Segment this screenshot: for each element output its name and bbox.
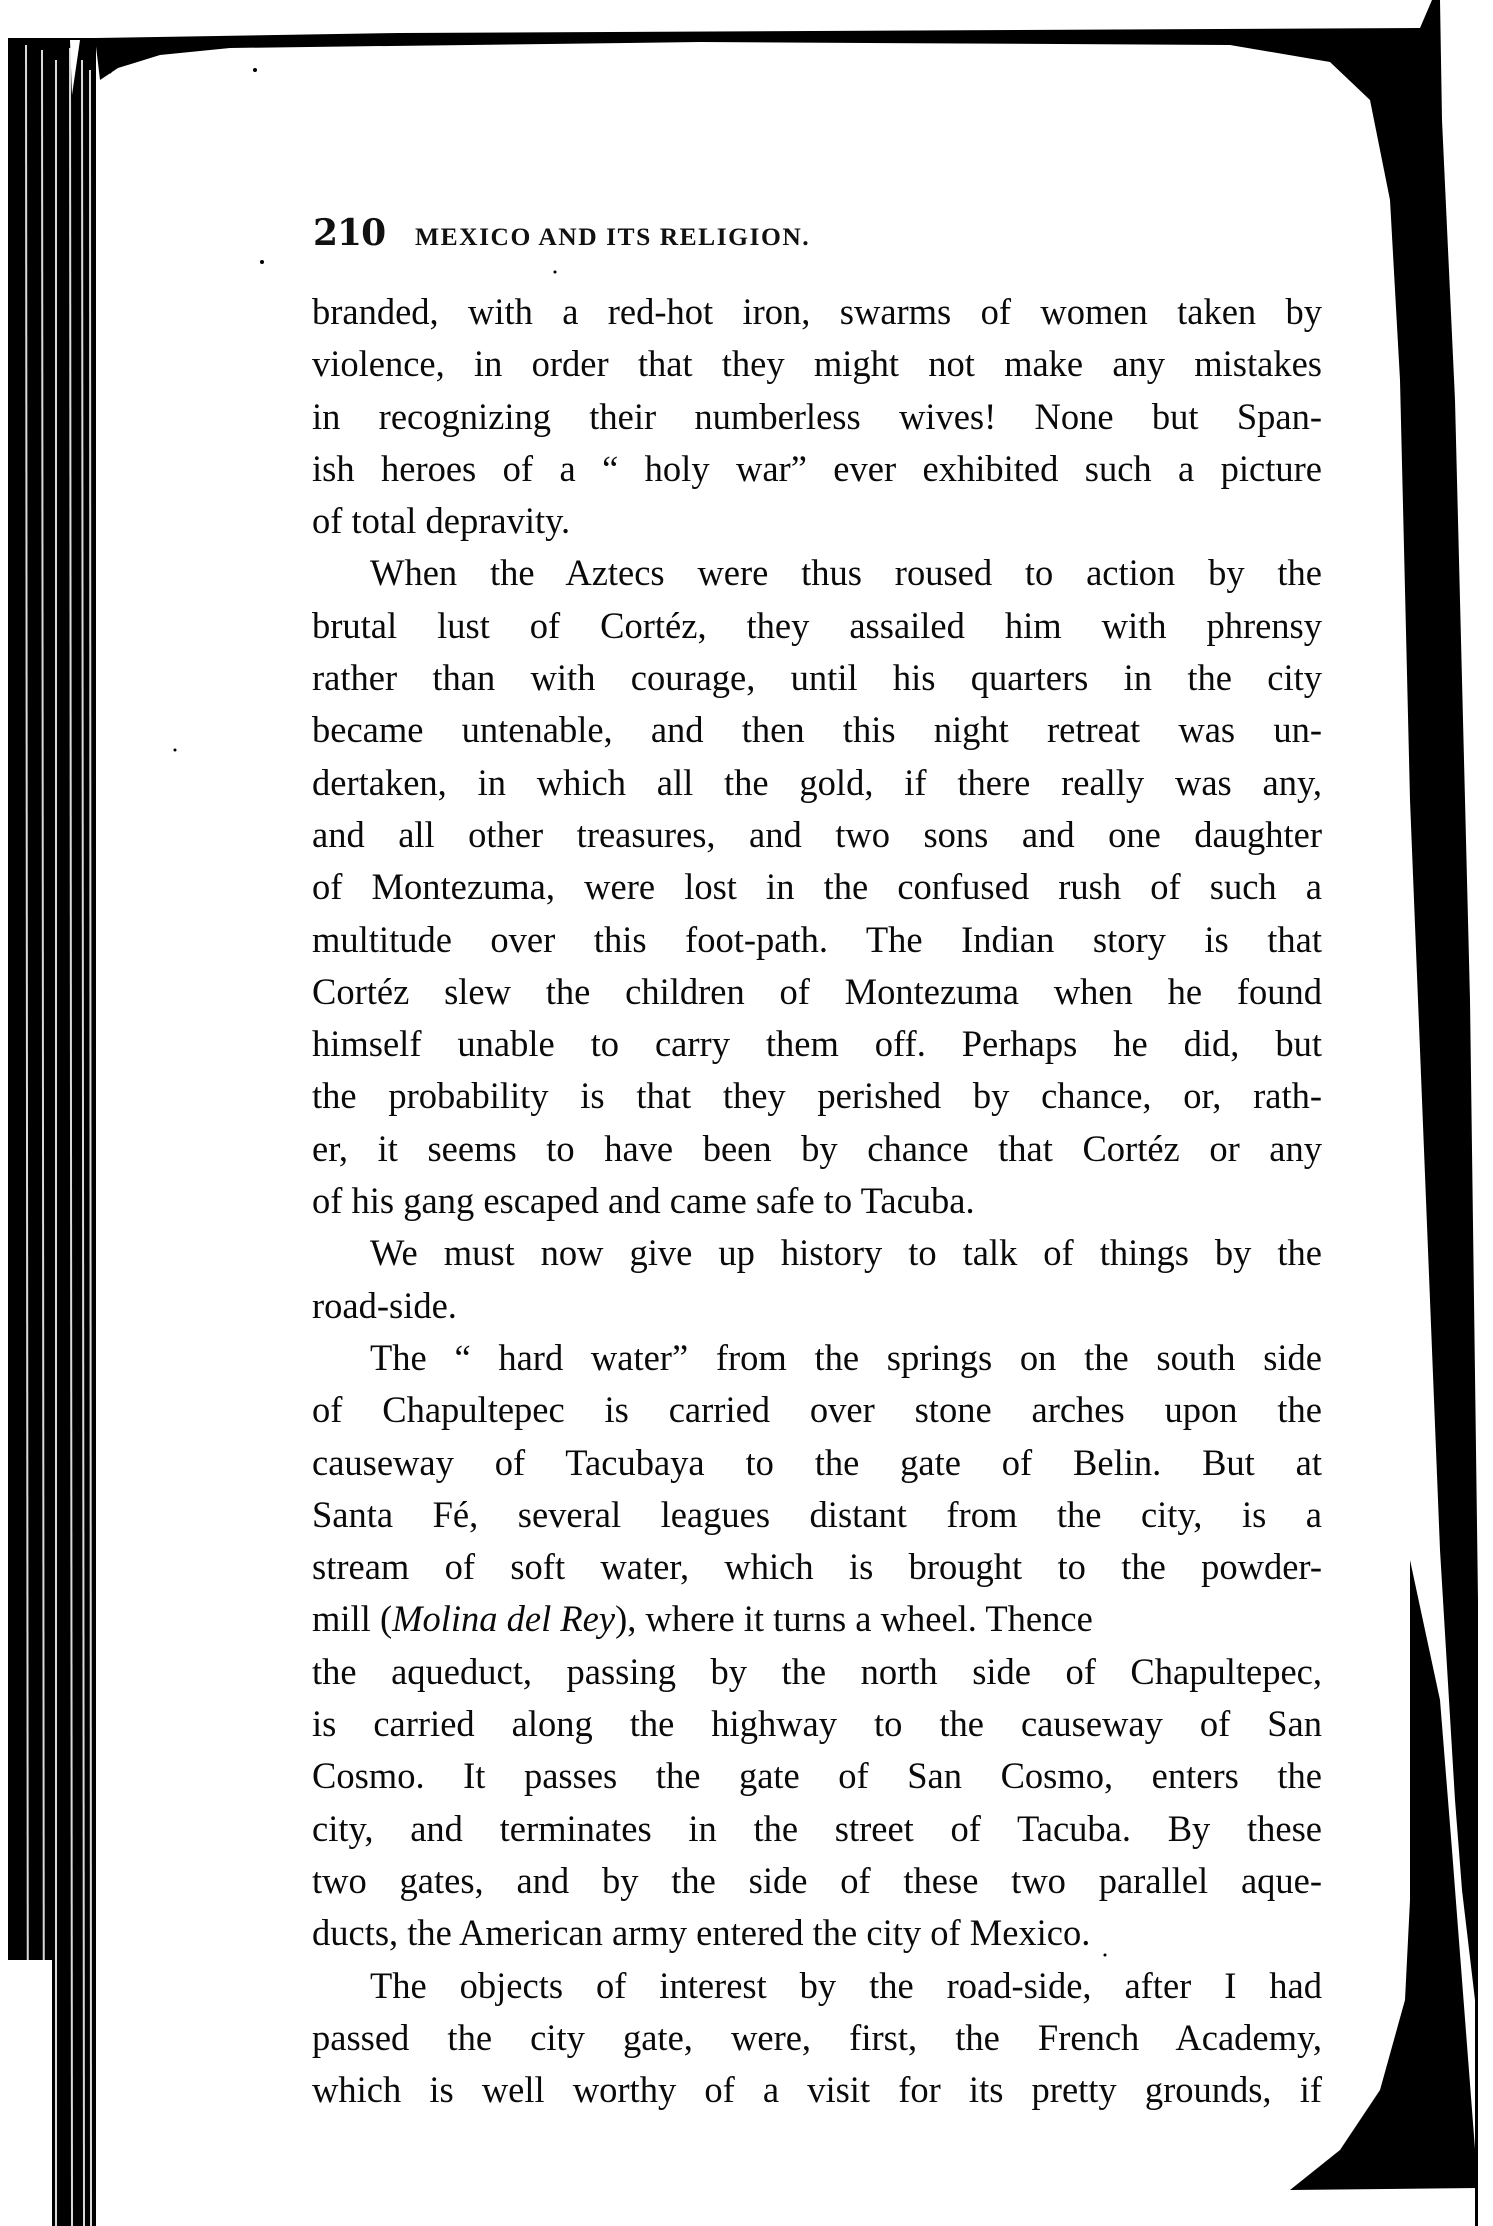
- text-line: stream of soft water, which is brought t…: [312, 1541, 1322, 1593]
- text-line: When the Aztecs were thus roused to acti…: [312, 547, 1322, 599]
- text-line: road-side.: [312, 1280, 1322, 1332]
- text-line: which is well worthy of a visit for its …: [312, 2064, 1322, 2116]
- text-line: of total depravity.: [312, 495, 1322, 547]
- text-line: violence, in order that they might not m…: [312, 338, 1322, 390]
- text-line: We must now give up history to talk of t…: [312, 1227, 1322, 1279]
- body-text: branded, with a red-hot iron, swarms of …: [312, 286, 1322, 2116]
- italic-phrase: Molina del Rey: [392, 1598, 615, 1639]
- text-line: became untenable, and then this night re…: [312, 704, 1322, 756]
- text-line: Cosmo. It passes the gate of San Cosmo, …: [312, 1750, 1322, 1802]
- text-line: himself unable to carry them off. Perhap…: [312, 1018, 1322, 1070]
- text-line: city, and terminates in the street of Ta…: [312, 1803, 1322, 1855]
- text-line: brutal lust of Cortéz, they assailed him…: [312, 600, 1322, 652]
- text-line: causeway of Tacubaya to the gate of Beli…: [312, 1437, 1322, 1489]
- text-line-with-italic: mill (Molina del Rey), where it turns a …: [312, 1593, 1322, 1645]
- text-fragment: mill (: [312, 1598, 392, 1639]
- text-line: of Chapultepec is carried over stone arc…: [312, 1384, 1322, 1436]
- text-line: dertaken, in which all the gold, if ther…: [312, 757, 1322, 809]
- text-line: rather than with courage, until his quar…: [312, 652, 1322, 704]
- text-line: er, it seems to have been by chance that…: [312, 1123, 1322, 1175]
- text-line: of his gang escaped and came safe to Tac…: [312, 1175, 1322, 1227]
- text-fragment: ), where it turns a wheel. Thence: [615, 1598, 1093, 1639]
- page-number: 210: [313, 212, 385, 254]
- text-line: passed the city gate, were, first, the F…: [312, 2012, 1322, 2064]
- text-line: of Montezuma, were lost in the confused …: [312, 861, 1322, 913]
- text-line: the aqueduct, passing by the north side …: [312, 1646, 1322, 1698]
- text-line: branded, with a red-hot iron, swarms of …: [312, 286, 1322, 338]
- text-line: and all other treasures, and two sons an…: [312, 809, 1322, 861]
- text-line: two gates, and by the side of these two …: [312, 1855, 1322, 1907]
- text-line: is carried along the highway to the caus…: [312, 1698, 1322, 1750]
- text-line: multitude over this foot-path. The India…: [312, 914, 1322, 966]
- text-line: in recognizing their numberless wives! N…: [312, 391, 1322, 443]
- text-line: ducts, the American army entered the cit…: [312, 1907, 1322, 1959]
- text-line: ish heroes of a “ holy war” ever exhibit…: [312, 443, 1322, 495]
- running-head: MEXICO AND ITS RELIGION.: [415, 224, 810, 252]
- text-line: the probability is that they perished by…: [312, 1070, 1322, 1122]
- text-line: The objects of interest by the road-side…: [312, 1960, 1322, 2012]
- text-line: Cortéz slew the children of Montezuma wh…: [312, 966, 1322, 1018]
- text-line: The “ hard water” from the springs on th…: [312, 1332, 1322, 1384]
- text-line: Santa Fé, several leagues distant from t…: [312, 1489, 1322, 1541]
